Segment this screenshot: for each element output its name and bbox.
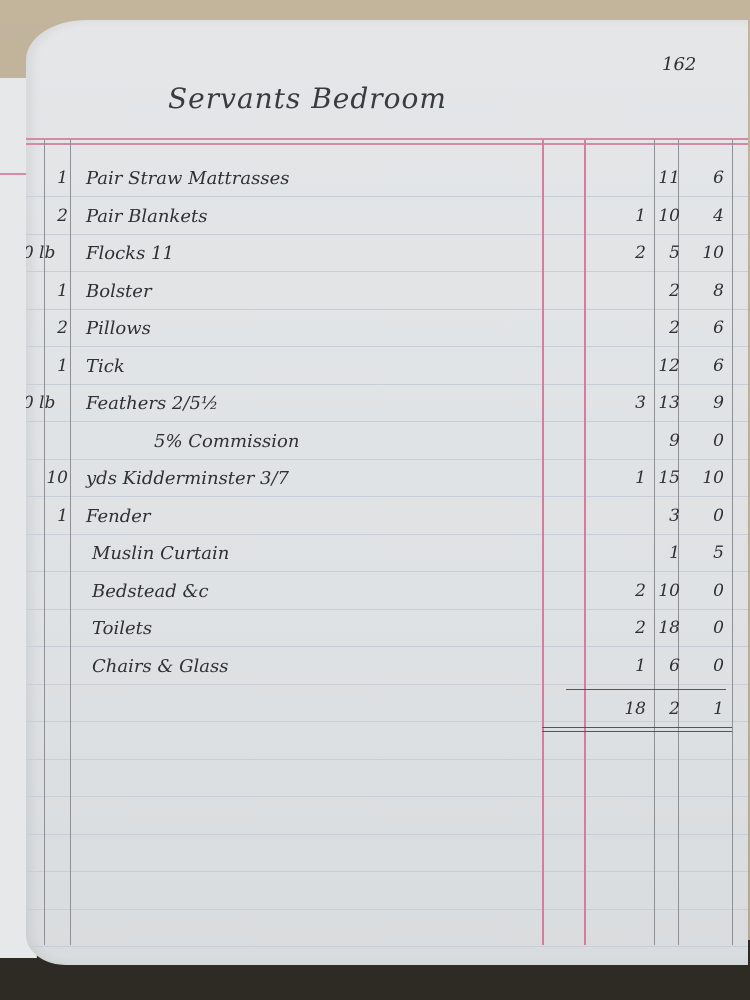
ruled-line [26, 421, 748, 422]
ruled-line [26, 234, 748, 235]
header-rule [26, 138, 748, 140]
entry-pounds: 1 [606, 468, 646, 488]
entry-qty: 50 lb [26, 243, 50, 263]
entry-pence: 0 [690, 618, 724, 638]
entry-pounds: 2 [606, 618, 646, 638]
entry-pence: 8 [690, 281, 724, 301]
entry-qty: 2 [30, 318, 68, 338]
entry-description: Bedstead &c [92, 581, 209, 602]
entry-pence: 10 [690, 243, 724, 263]
entry-shillings: 5 [646, 243, 680, 263]
entry-pence: 6 [690, 168, 724, 188]
entry-pence: 0 [690, 506, 724, 526]
entry-description: Flocks 11 [86, 243, 174, 264]
entry-qty: 2 [30, 206, 68, 226]
entry-qty: 1 [30, 506, 68, 526]
entry-shillings: 12 [646, 356, 680, 376]
ruled-line [26, 834, 748, 835]
total-pence: 1 [690, 699, 724, 719]
entry-shillings: 13 [646, 393, 680, 413]
ruled-line [26, 946, 748, 947]
entry-pounds: 2 [606, 243, 646, 263]
entry-description: Toilets [92, 618, 152, 639]
sum-rule [566, 689, 726, 690]
entry-qty: 1 [30, 281, 68, 301]
ruled-line [26, 609, 748, 610]
entry-shillings: 11 [646, 168, 680, 188]
entry-description: Pillows [86, 318, 151, 339]
column-line [732, 140, 733, 945]
entry-pounds: 3 [606, 393, 646, 413]
entry-pence: 9 [690, 393, 724, 413]
ruled-line [26, 346, 748, 347]
ruled-line [26, 459, 748, 460]
column-line [70, 140, 71, 945]
column-line [542, 140, 544, 945]
entry-description: Pair Blankets [86, 206, 207, 227]
entry-pence: 0 [690, 656, 724, 676]
ruled-line [26, 196, 748, 197]
entry-shillings: 1 [646, 543, 680, 563]
ruled-line [26, 309, 748, 310]
entry-qty: 30 lb [26, 393, 50, 413]
entry-pence: 4 [690, 206, 724, 226]
ruled-line [26, 496, 748, 497]
entry-description: Bolster [86, 281, 152, 302]
entry-pence: 0 [690, 581, 724, 601]
ruled-line [26, 871, 748, 872]
entry-shillings: 6 [646, 656, 680, 676]
ruled-line [26, 909, 748, 910]
ruled-line [26, 534, 748, 535]
entry-shillings: 10 [646, 206, 680, 226]
entry-description: Fender [86, 506, 151, 527]
ledger-page: 162 Servants Bedroom 1Pair Straw Mattras… [26, 20, 748, 965]
entry-description: 5% Commission [154, 431, 299, 452]
entry-description: Chairs & Glass [92, 656, 229, 677]
ruled-line [26, 759, 748, 760]
entry-pounds: 2 [606, 581, 646, 601]
entry-description: yds Kidderminster 3/7 [86, 468, 289, 489]
entry-pounds: 1 [606, 656, 646, 676]
entry-pence: 5 [690, 543, 724, 563]
entry-shillings: 15 [646, 468, 680, 488]
entry-description: Feathers 2/5½ [86, 393, 218, 414]
entry-pence: 10 [690, 468, 724, 488]
total-shillings: 2 [646, 699, 680, 719]
page-number: 162 [662, 54, 696, 75]
ruled-line [26, 721, 748, 722]
ruled-line [26, 271, 748, 272]
total-pounds: 18 [606, 699, 646, 719]
entry-pence: 0 [690, 431, 724, 451]
ruled-line [26, 571, 748, 572]
entry-qty: 1 [30, 168, 68, 188]
entry-qty: 1 [30, 356, 68, 376]
entry-shillings: 2 [646, 318, 680, 338]
entry-pence: 6 [690, 356, 724, 376]
ruled-line [26, 384, 748, 385]
entry-shillings: 2 [646, 281, 680, 301]
header-rule [26, 143, 748, 145]
column-line [584, 140, 586, 945]
ruled-line [26, 684, 748, 685]
entry-pounds: 1 [606, 206, 646, 226]
double-rule [542, 727, 732, 728]
ruled-line [26, 646, 748, 647]
entry-description: Muslin Curtain [92, 543, 229, 564]
entry-description: Tick [86, 356, 125, 377]
entry-description: Pair Straw Mattrasses [86, 168, 289, 189]
entry-shillings: 10 [646, 581, 680, 601]
page-title: Servants Bedroom [168, 82, 447, 115]
ruled-line [26, 796, 748, 797]
entry-qty: 10 [30, 468, 68, 488]
double-rule [542, 731, 732, 732]
entry-shillings: 9 [646, 431, 680, 451]
entry-shillings: 18 [646, 618, 680, 638]
entry-pence: 6 [690, 318, 724, 338]
entry-shillings: 3 [646, 506, 680, 526]
